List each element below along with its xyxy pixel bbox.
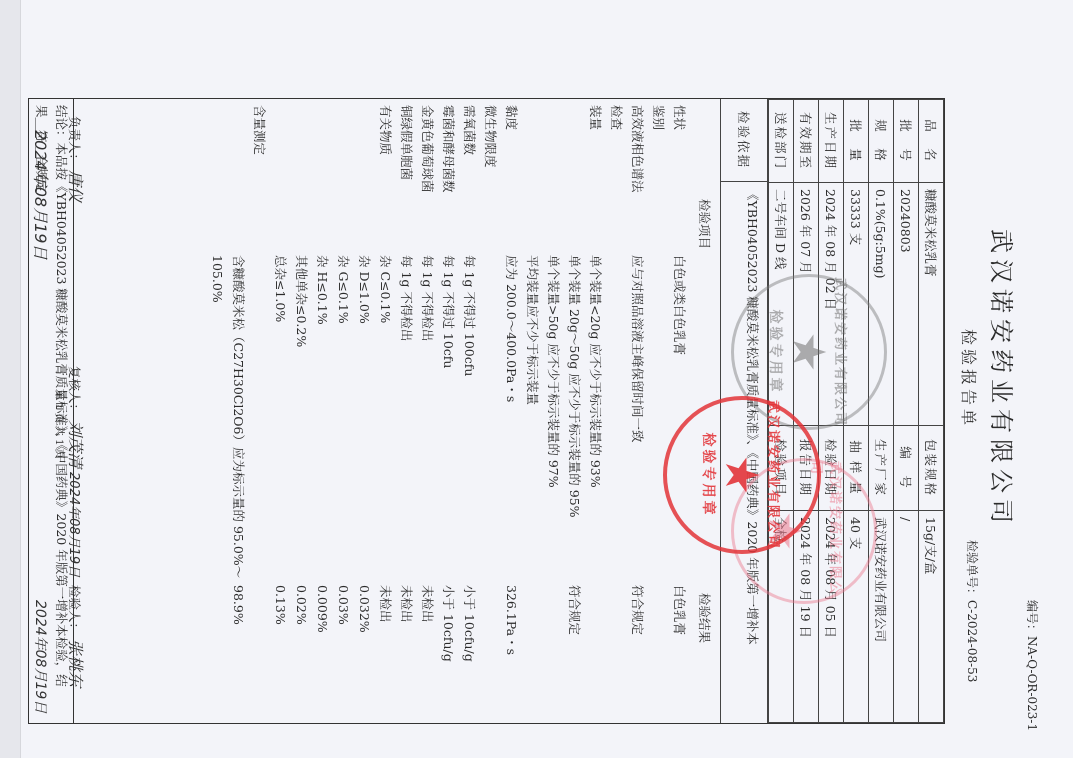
result-standard: 每 1g 不得检出 bbox=[396, 255, 417, 585]
result-row: 杂 G≤0.1%0.03% bbox=[333, 99, 354, 723]
result-row: 平均装量应不少于标示装量 bbox=[522, 99, 543, 723]
result-value: 未检出 bbox=[375, 585, 396, 715]
result-standard: 单个装量<20g 应不少于标示装量的 93% bbox=[585, 255, 606, 585]
info-label: 品 名 bbox=[919, 100, 944, 183]
result-item bbox=[543, 99, 564, 255]
responsible-signature: 唐仪 bbox=[66, 170, 85, 202]
page-info: 第 1 页 共 1 页 bbox=[53, 390, 68, 459]
result-item: 高效液相色谱法 bbox=[627, 99, 648, 255]
info-value-2: 15g/支/盒 bbox=[919, 511, 944, 723]
result-value bbox=[585, 585, 606, 715]
result-standard bbox=[648, 255, 669, 585]
result-value: 0.032% bbox=[354, 585, 375, 715]
result-value: 0.02% bbox=[291, 585, 312, 715]
inspector-label: 检验人： bbox=[67, 585, 82, 635]
result-item bbox=[333, 99, 354, 255]
result-item: 有关物质 bbox=[375, 99, 396, 255]
info-row: 批 号20240803编 号/ bbox=[894, 100, 919, 723]
reviewer: 复核人： 刘茂清 2024年08月19日 bbox=[65, 366, 88, 577]
result-value: 未检出 bbox=[396, 585, 417, 715]
result-item: 鉴别 bbox=[648, 99, 669, 255]
result-standard: 杂 D≤1.0% bbox=[354, 255, 375, 585]
result-standard bbox=[249, 255, 270, 585]
result-standard: 杂 H≤0.1% bbox=[312, 255, 333, 585]
result-standard: 每 1g 不得过 100cfu bbox=[459, 255, 480, 585]
result-row: 需氧菌数每 1g 不得过 100cfu小于 10cfu/g bbox=[459, 99, 480, 723]
result-value: 符合规定 bbox=[564, 585, 585, 715]
result-item: 装量 bbox=[585, 99, 606, 255]
result-item: 微生物限度 bbox=[480, 99, 501, 255]
inspector: 检验人： 张桃东 bbox=[65, 585, 88, 687]
result-standard bbox=[480, 255, 501, 585]
result-standard: 每 1g 不得过 10cfu bbox=[438, 255, 459, 585]
result-value: 未检出 bbox=[417, 585, 438, 715]
gray-seal-inner-text: 检验专用章 bbox=[767, 310, 787, 395]
document-code-value: NA-Q-OR-023-1 bbox=[1025, 636, 1039, 731]
result-row: 装量单个装量<20g 应不少于标示装量的 93% bbox=[585, 99, 606, 723]
result-row: 有关物质杂 C≤0.1%未检出 bbox=[375, 99, 396, 723]
page-edge bbox=[0, 0, 21, 758]
result-row: 鉴别 bbox=[648, 99, 669, 723]
result-row: 黏度应为 200.0～400.0Pa・s326.1Pa・s bbox=[501, 99, 522, 723]
result-standard: 应与对照品溶液主峰保留时间一致 bbox=[627, 255, 648, 585]
result-row: 性状白色或类白色乳膏白色乳膏 bbox=[669, 99, 690, 723]
result-value: 326.1Pa・s bbox=[501, 585, 522, 715]
result-item: 含量测定 bbox=[249, 99, 270, 255]
info-label: 规 格 bbox=[869, 100, 894, 183]
result-item bbox=[291, 99, 312, 255]
company-name: 武汉诺安药业有限公司 bbox=[986, 0, 1021, 758]
info-label: 送检部门 bbox=[769, 100, 794, 183]
star-icon: ★ bbox=[787, 331, 833, 372]
result-value bbox=[543, 585, 564, 715]
result-value bbox=[522, 585, 543, 715]
document-code: 编号：NA-Q-OR-023-1 bbox=[1024, 600, 1041, 731]
header-result: 检验结果 bbox=[696, 593, 714, 723]
result-standard: 其他单杂≤0.2% bbox=[291, 255, 312, 585]
document-code-label: 编号： bbox=[1025, 600, 1039, 636]
result-standard: 每 1g 不得检出 bbox=[417, 255, 438, 585]
result-row: 其他单杂≤0.2%0.02% bbox=[291, 99, 312, 723]
result-item bbox=[312, 99, 333, 255]
result-value: 小于 10cfu/g bbox=[459, 585, 480, 715]
result-value bbox=[480, 585, 501, 715]
inspector-date: 2024年08月19日 bbox=[31, 600, 51, 713]
result-row: 金黄色葡萄球菌每 1g 不得检出未检出 bbox=[417, 99, 438, 723]
result-standard: 平均装量应不少于标示装量 bbox=[522, 255, 543, 585]
result-value: 小于 10cfu/g bbox=[438, 585, 459, 715]
result-row: 含糠酸莫米松（C27H30Cl2O6）应为标示量的 95.0%～105.0%98… bbox=[207, 99, 249, 723]
result-row: 单个装量>50g 应不少于标示装量的 97% bbox=[543, 99, 564, 723]
result-standard: 单个装量 20g～50g 应不少于标示装量的 95% bbox=[564, 255, 585, 585]
result-item bbox=[522, 99, 543, 255]
result-row: 总杂≤1.0%0.13% bbox=[270, 99, 291, 723]
result-item: 霉菌和酵母菌数 bbox=[438, 99, 459, 255]
result-standard bbox=[606, 255, 627, 585]
result-row: 单个装量 20g～50g 应不少于标示装量的 95%符合规定 bbox=[564, 99, 585, 723]
red-inspection-seal: 武汉诺安药业有限公司 ★ 检验专用章 bbox=[663, 396, 821, 554]
result-item: 需氧菌数 bbox=[459, 99, 480, 255]
info-value: 糠酸莫米松乳膏 bbox=[919, 183, 944, 426]
report-number-value: C-2024-08-53 bbox=[965, 600, 979, 682]
results-section: 检验项目 检验结果 性状白色或类白色乳膏白色乳膏鉴别高效液相色谱法应与对照品溶液… bbox=[74, 99, 721, 723]
info-value-2: / bbox=[894, 511, 919, 723]
inspection-report-page: 编号：NA-Q-OR-023-1 武汉诺安药业有限公司 检验报告单 检验单号：C… bbox=[0, 0, 1073, 758]
result-item bbox=[207, 99, 249, 255]
result-row: 检查 bbox=[606, 99, 627, 723]
info-value: 20240803 bbox=[894, 183, 919, 426]
result-row: 高效液相色谱法应与对照品溶液主峰保留时间一致符合规定 bbox=[627, 99, 648, 723]
info-label: 批 量 bbox=[844, 100, 869, 183]
inspection-basis-label: 检验依据 bbox=[721, 99, 767, 182]
inspector-signature: 张桃东 bbox=[66, 639, 85, 687]
result-row: 含量测定 bbox=[249, 99, 270, 723]
reviewer-date: 2024年08月19日 bbox=[66, 472, 81, 577]
info-label: 批 号 bbox=[894, 100, 919, 183]
report-number: 检验单号：C-2024-08-53 bbox=[964, 540, 981, 682]
info-row: 品 名糠酸莫米松乳膏包装规格15g/支/盒 bbox=[919, 100, 944, 723]
result-row: 铜绿假单胞菌每 1g 不得检出未检出 bbox=[396, 99, 417, 723]
result-standard: 含糠酸莫米松（C27H30Cl2O6）应为标示量的 95.0%～105.0% bbox=[207, 255, 249, 585]
result-value bbox=[606, 585, 627, 715]
result-item bbox=[270, 99, 291, 255]
result-value: 0.13% bbox=[270, 585, 291, 715]
result-standard: 杂 C≤0.1% bbox=[375, 255, 396, 585]
result-item bbox=[354, 99, 375, 255]
reviewer-label: 复核人： bbox=[67, 366, 82, 416]
result-item bbox=[564, 99, 585, 255]
star-icon: ★ bbox=[720, 454, 766, 495]
responsible-person: 负责人： 唐仪 bbox=[65, 116, 88, 202]
responsible-date: 2024年08月19日 bbox=[30, 130, 53, 259]
result-standard: 总杂≤1.0% bbox=[270, 255, 291, 585]
result-value: 0.009% bbox=[312, 585, 333, 715]
result-item: 检查 bbox=[606, 99, 627, 255]
result-value: 0.03% bbox=[333, 585, 354, 715]
result-value bbox=[648, 585, 669, 715]
result-standard: 杂 G≤0.1% bbox=[333, 255, 354, 585]
result-row: 杂 H≤0.1%0.009% bbox=[312, 99, 333, 723]
info-label-2: 包装规格 bbox=[919, 426, 944, 511]
result-standard: 单个装量>50g 应不少于标示装量的 97% bbox=[543, 255, 564, 585]
result-item: 金黄色葡萄球菌 bbox=[417, 99, 438, 255]
result-value: 98.9% bbox=[207, 585, 249, 715]
responsible-label: 负责人： bbox=[67, 116, 82, 166]
result-row: 霉菌和酵母菌数每 1g 不得过 10cfu小于 10cfu/g bbox=[438, 99, 459, 723]
info-row: 规 格0.1%(5g:5mg)生产厂家武汉诺安药业有限公司 bbox=[869, 100, 894, 723]
result-item: 性状 bbox=[669, 99, 690, 255]
result-value bbox=[249, 585, 270, 715]
result-row: 杂 D≤1.0%0.032% bbox=[354, 99, 375, 723]
info-label: 生产日期 bbox=[819, 100, 844, 183]
info-label-2: 编 号 bbox=[894, 426, 919, 511]
reviewer-signature: 刘茂清 bbox=[66, 420, 85, 468]
info-label: 有效期至 bbox=[794, 100, 819, 183]
result-value: 符合规定 bbox=[627, 585, 648, 715]
report-number-label: 检验单号： bbox=[965, 540, 979, 600]
result-row: 微生物限度 bbox=[480, 99, 501, 723]
header-item: 检验项目 bbox=[696, 99, 714, 349]
info-label-2: 生产厂家 bbox=[869, 426, 894, 511]
result-item: 黏度 bbox=[501, 99, 522, 255]
red-seal-inner-text: 检验专用章 bbox=[700, 433, 720, 518]
result-item: 铜绿假单胞菌 bbox=[396, 99, 417, 255]
result-standard: 应为 200.0～400.0Pa・s bbox=[501, 255, 522, 585]
result-value: 白色乳膏 bbox=[669, 585, 690, 715]
